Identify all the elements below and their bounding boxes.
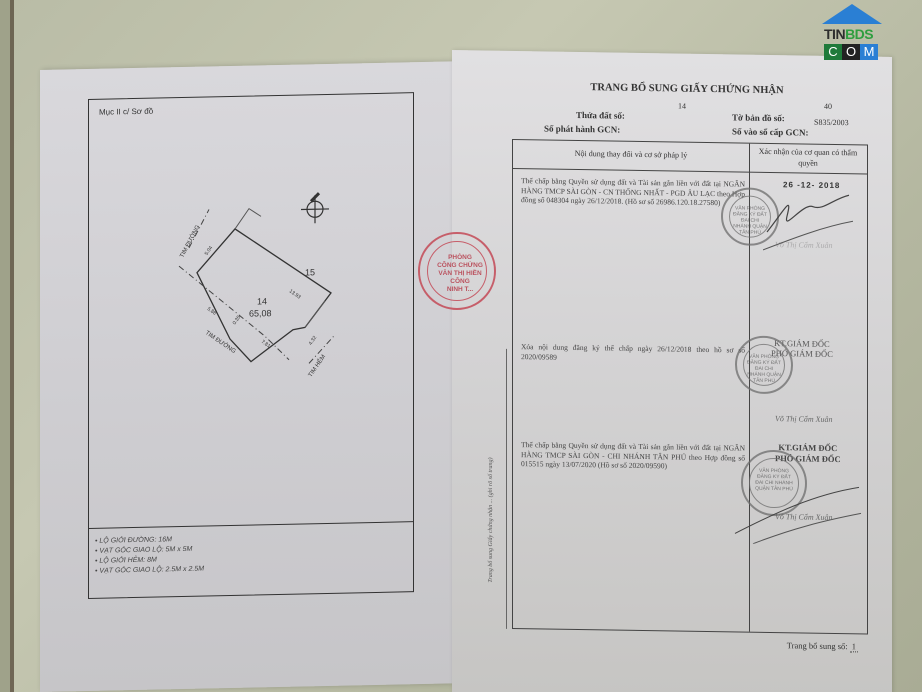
changes-table: Nội dung thay đổi và cơ sở pháp lý Xác n… — [512, 139, 868, 635]
site-plan-frame: Mục II c/ Sơ đồ — [88, 92, 414, 599]
compass-icon — [301, 193, 329, 224]
official-seal: VĂN PHÒNG ĐĂNG KÝ ĐẤT ĐAI CHI NHÁNH QUẬN… — [735, 335, 793, 394]
svg-text:14: 14 — [257, 296, 267, 306]
map-sheet-value: 40 — [824, 102, 832, 111]
table-row-content: Xóa nội dung đăng ký thế chấp ngày 26/12… — [521, 342, 745, 365]
svg-text:TIM HẺM: TIM HẺM — [307, 353, 327, 378]
table-row-content: Thế chấp bằng Quyền sử dụng đất và Tài s… — [521, 440, 745, 472]
table-row-content: Thế chấp bằng Quyền sử dụng đất và Tài s… — [521, 176, 745, 208]
table-header-content: Nội dung thay đổi và cơ sở pháp lý — [513, 148, 749, 161]
svg-text:4.32: 4.32 — [308, 335, 319, 347]
parcel-diagram: 15 14 65,08 5.04 13.93 5.88 7.81 4.32 0.… — [89, 93, 415, 530]
floor-tile-seam — [10, 0, 14, 692]
notary-stamp: PHÒNGCÔNG CHỨNGVĂN THỊ HIỀNCÔNGNINH T... — [418, 232, 496, 310]
floor-tile — [0, 0, 10, 692]
signer-name: Võ Thị Cẩm Xuân — [775, 240, 833, 250]
signer-name: Võ Thị Cẩm Xuân — [775, 512, 833, 522]
register-number-value: S835/2003 — [814, 118, 849, 128]
svg-text:TIM ĐƯỜNG: TIM ĐƯỜNG — [179, 224, 202, 259]
svg-text:13.93: 13.93 — [288, 288, 302, 300]
page-title: TRANG BỔ SUNG GIẤY CHỨNG NHẬN — [452, 80, 892, 98]
signer-name: Võ Thị Cẩm Xuân — [775, 414, 833, 424]
issue-number-label: Số phát hành GCN: — [544, 123, 620, 134]
left-page-site-plan: Mục II c/ Sơ đồ — [40, 61, 452, 692]
page-footer: Trang bổ sung số: 1 — [787, 640, 858, 651]
vertical-rule — [506, 349, 507, 629]
svg-text:5.88: 5.88 — [206, 306, 218, 317]
svg-text:65,08: 65,08 — [249, 308, 272, 318]
confirmation-date: 26 -12- 2018 — [783, 180, 840, 190]
register-number-label: Số vào sổ cấp GCN: — [732, 126, 809, 137]
right-page-supplement: TRANG BỔ SUNG GIẤY CHỨNG NHẬN Thửa đất s… — [452, 50, 892, 692]
parcel-number-label: Thửa đất số: — [576, 110, 625, 121]
map-sheet-label: Tờ bản đồ số: — [732, 112, 785, 123]
legend-box: LỘ GIỚI ĐƯỜNG: 16M VẠT GÓC GIAO LỘ: 5M x… — [89, 521, 413, 598]
tinbds-logo: TINBDS C O M — [820, 4, 882, 62]
svg-text:15: 15 — [305, 267, 315, 277]
house-roof-icon — [822, 4, 882, 24]
supplement-page-number: 1 — [850, 641, 858, 652]
table-header-confirmation: Xác nhận của cơ quan có thẩm quyền — [749, 146, 867, 170]
vertical-note: Trang bổ sung Giấy chứng nhận ... (ghi r… — [488, 333, 494, 583]
parcel-number-value: 14 — [678, 102, 686, 111]
